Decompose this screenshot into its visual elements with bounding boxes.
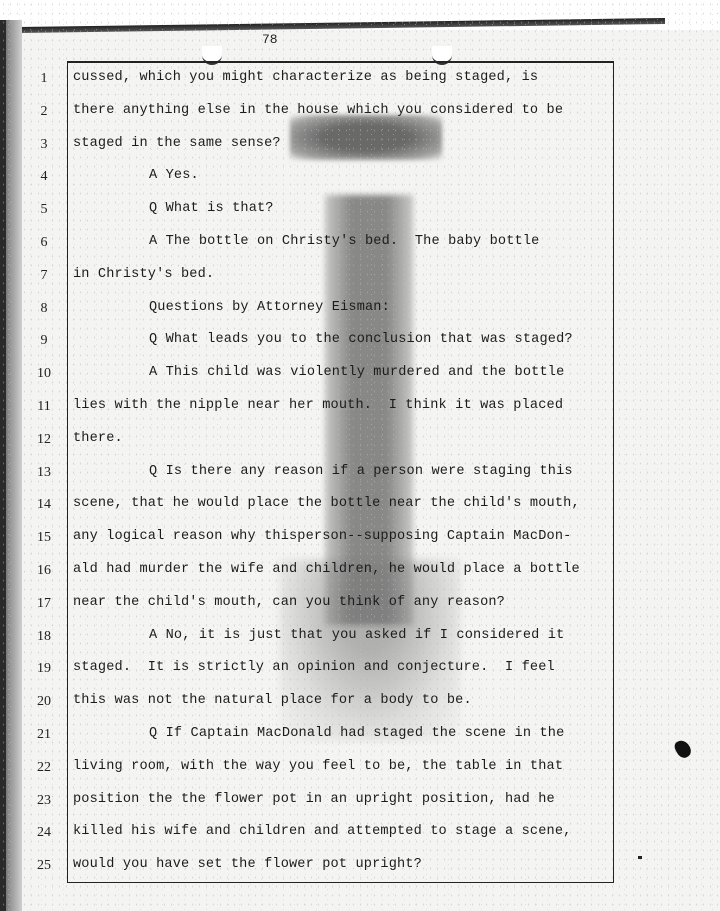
line-number: 18 <box>28 629 60 645</box>
line-number: 9 <box>28 333 60 349</box>
line-number: 3 <box>28 137 60 153</box>
ink-spot <box>638 856 642 859</box>
line-number: 25 <box>28 858 60 874</box>
line-number: 4 <box>28 169 60 185</box>
line-number: 14 <box>28 497 60 513</box>
transcript-line: Q Is there any reason if a person were s… <box>149 464 573 479</box>
transcript-line: would you have set the flower pot uprigh… <box>73 857 422 872</box>
line-number: 10 <box>28 366 60 382</box>
transcript-line: near the child's mouth, can you think of… <box>73 595 505 610</box>
transcript-line: there anything else in the house which y… <box>73 103 563 118</box>
transcript-line: A No, it is just that you asked if I con… <box>149 628 564 643</box>
transcript-line: Questions by Attorney Eisman: <box>149 300 390 315</box>
transcript-line: Q What leads you to the conclusion that … <box>149 332 573 347</box>
line-number: 6 <box>28 235 60 251</box>
ink-spot <box>672 738 693 761</box>
line-number: 20 <box>28 694 60 710</box>
transcript-line: Q What is that? <box>149 201 274 216</box>
transcript-line: staged in the same sense? <box>73 136 281 151</box>
line-number: 15 <box>28 530 60 546</box>
line-number: 22 <box>28 760 60 776</box>
transcript-line: cussed, which you might characterize as … <box>73 70 538 85</box>
transcript-line: A Yes. <box>149 168 199 183</box>
transcript-line: ald had murder the wife and children, he… <box>73 562 580 577</box>
line-number: 8 <box>28 301 60 317</box>
line-number: 16 <box>28 563 60 579</box>
transcript-line: scene, that he would place the bottle ne… <box>73 496 580 511</box>
line-number: 13 <box>28 465 60 481</box>
line-number: 12 <box>28 432 60 448</box>
line-number: 24 <box>28 825 60 841</box>
transcript-line: there. <box>73 431 123 446</box>
line-number: 5 <box>28 202 60 218</box>
transcript-line: in Christy's bed. <box>73 267 214 282</box>
scan-left-edge <box>0 20 6 911</box>
transcript-line: living room, with the way you feel to be… <box>73 759 563 774</box>
line-number: 1 <box>28 71 60 87</box>
transcript-line: killed his wife and children and attempt… <box>73 824 571 839</box>
line-number: 19 <box>28 661 60 677</box>
transcript-line: this was not the natural place for a bod… <box>73 693 472 708</box>
page-number: 78 <box>262 32 278 47</box>
scanned-transcript-page: 78 1cussed, which you might characterize… <box>0 0 720 911</box>
line-number: 23 <box>28 793 60 809</box>
transcript-line: A This child was violently murdered and … <box>149 365 564 380</box>
line-number: 11 <box>28 399 60 415</box>
line-number: 7 <box>28 268 60 284</box>
transcript-line: any logical reason why thisperson--suppo… <box>73 529 571 544</box>
transcript-line: position the the flower pot in an uprigh… <box>73 792 555 807</box>
line-number: 17 <box>28 596 60 612</box>
transcript-line: Q If Captain MacDonald had staged the sc… <box>149 726 564 741</box>
line-number: 2 <box>28 104 60 120</box>
transcript-line: staged. It is strictly an opinion and co… <box>73 660 555 675</box>
transcript-line: A The bottle on Christy's bed. The baby … <box>149 234 539 249</box>
transcript-line: lies with the nipple near her mouth. I t… <box>73 398 563 413</box>
line-number: 21 <box>28 727 60 743</box>
